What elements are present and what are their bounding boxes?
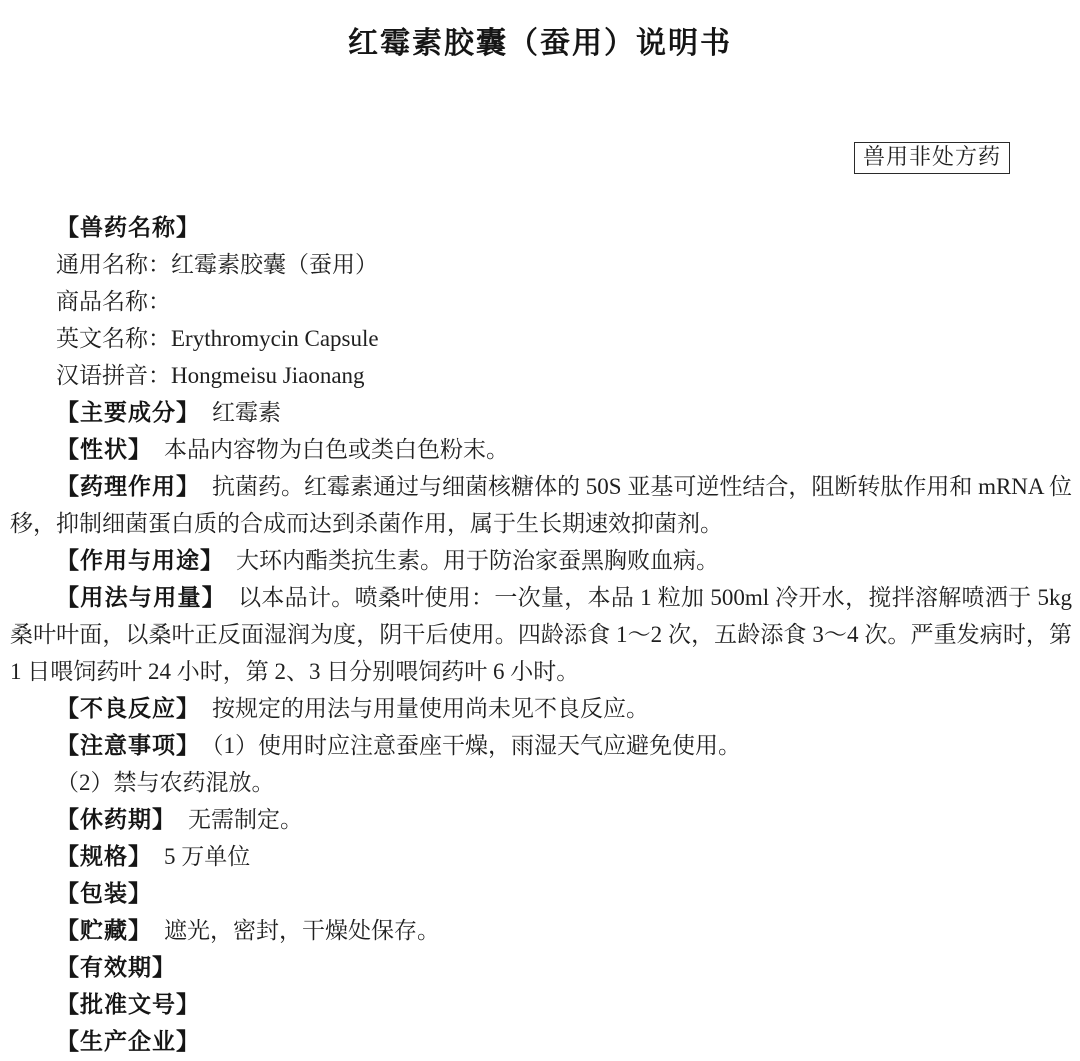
document-body: 【兽药名称】 通用名称：红霉素胶囊（蚕用） 商品名称： 英文名称：Erythro…	[10, 209, 1072, 1060]
paragraph-packaging: 【包装】	[10, 875, 1072, 912]
paragraph-precautions-2: （2）禁与农药混放。	[10, 764, 1072, 801]
section-label: 【有效期】	[56, 954, 176, 980]
paragraph-expiry: 【有效期】	[10, 949, 1072, 986]
paragraph-adverse-reactions: 【不良反应】按规定的用法与用量使用尚未见不良反应。	[10, 690, 1072, 727]
paragraph-drug-name-header: 【兽药名称】	[10, 209, 1072, 246]
section-text: （1）使用时应注意蚕座干燥，雨湿天气应避免使用。	[212, 733, 741, 758]
paragraph-withdrawal-period: 【休药期】无需制定。	[10, 801, 1072, 838]
section-label: 【休药期】	[56, 806, 176, 832]
section-label: 【作用与用途】	[56, 547, 224, 573]
paragraph-indications: 【作用与用途】大环内酯类抗生素。用于防治家蚕黑胸败血病。	[10, 542, 1072, 579]
paragraph-generic-name: 通用名称：红霉素胶囊（蚕用）	[10, 246, 1072, 283]
paragraph-precautions-1: 【注意事项】（1）使用时应注意蚕座干燥，雨湿天气应避免使用。	[10, 727, 1072, 764]
section-text: 汉语拼音：Hongmeisu Jiaonang	[56, 363, 365, 388]
paragraph-main-ingredient: 【主要成分】红霉素	[10, 394, 1072, 431]
section-text: 按规定的用法与用量使用尚未见不良反应。	[212, 696, 649, 721]
classification-badge-row: 兽用非处方药	[0, 142, 1080, 174]
paragraph-pharmacology: 【药理作用】抗菌药。红霉素通过与细菌核糖体的 50S 亚基可逆性结合，阻断转肽作…	[10, 468, 1072, 542]
section-label: 【性状】	[56, 436, 152, 462]
section-label: 【贮藏】	[56, 917, 152, 943]
paragraph-storage: 【贮藏】遮光，密封，干燥处保存。	[10, 912, 1072, 949]
paragraph-dosage: 【用法与用量】以本品计。喷桑叶使用：一次量，本品 1 粒加 500ml 冷开水，…	[10, 579, 1072, 690]
section-label: 【主要成分】	[56, 399, 200, 425]
section-label: 【批准文号】	[56, 991, 200, 1017]
section-text: （2）禁与农药混放。	[56, 770, 275, 795]
section-text: 通用名称：红霉素胶囊（蚕用）	[56, 252, 378, 277]
section-label: 【用法与用量】	[56, 584, 226, 610]
otc-classification-badge: 兽用非处方药	[854, 142, 1010, 174]
section-label: 【包装】	[56, 880, 152, 906]
section-label: 【注意事项】	[56, 732, 200, 758]
document-page: 红霉素胶囊（蚕用）说明书 兽用非处方药 【兽药名称】 通用名称：红霉素胶囊（蚕用…	[0, 0, 1080, 1061]
section-text: 大环内酯类抗生素。用于防治家蚕黑胸败血病。	[236, 548, 719, 573]
paragraph-trade-name: 商品名称：	[10, 283, 1072, 320]
section-label: 【规格】	[56, 843, 152, 869]
paragraph-manufacturer: 【生产企业】	[10, 1023, 1072, 1060]
paragraph-pinyin-name: 汉语拼音：Hongmeisu Jiaonang	[10, 357, 1072, 394]
section-text: 无需制定。	[188, 807, 303, 832]
paragraph-approval-number: 【批准文号】	[10, 986, 1072, 1023]
section-label: 【不良反应】	[56, 695, 200, 721]
paragraph-properties: 【性状】本品内容物为白色或类白色粉末。	[10, 431, 1072, 468]
section-label: 【药理作用】	[56, 473, 200, 499]
section-label: 【兽药名称】	[56, 214, 200, 240]
paragraph-specification: 【规格】5 万单位	[10, 838, 1072, 875]
section-text: 5 万单位	[164, 844, 250, 869]
paragraph-english-name: 英文名称：Erythromycin Capsule	[10, 320, 1072, 357]
section-text: 遮光，密封，干燥处保存。	[164, 918, 440, 943]
section-text: 商品名称：	[56, 289, 171, 314]
section-label: 【生产企业】	[56, 1028, 200, 1054]
document-title: 红霉素胶囊（蚕用）说明书	[0, 0, 1080, 64]
section-text: 红霉素	[212, 400, 281, 425]
section-text: 英文名称：Erythromycin Capsule	[56, 326, 379, 351]
section-text: 本品内容物为白色或类白色粉末。	[164, 437, 509, 462]
